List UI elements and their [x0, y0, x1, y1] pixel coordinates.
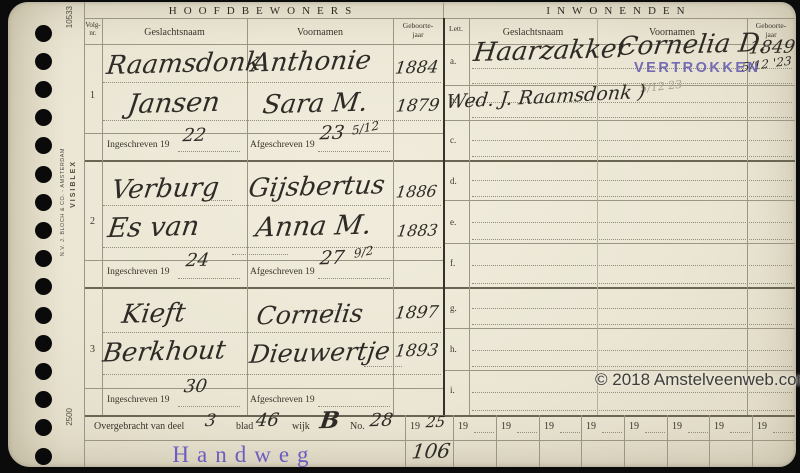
grid-line [453, 415, 454, 467]
hw-surname: Verburg [110, 175, 221, 204]
grid-line [405, 415, 406, 467]
label-afgeschreven: Afgeschreven 19 [250, 395, 315, 406]
punch-hole [35, 391, 52, 408]
punch-hole [35, 25, 52, 42]
label-wijk: wijk [292, 421, 310, 433]
col-header-birthyear-left: Geboorte- jaar [393, 22, 443, 39]
hw-firstnames: Anna M. [254, 211, 373, 241]
spine-brand-sub: N.V. J. BLOCH & CO. - AMSTERDAM [61, 148, 67, 256]
writing-line [474, 432, 494, 433]
grid-line [84, 2, 85, 467]
punch-hole [35, 335, 52, 352]
grid-line [469, 18, 470, 415]
punch-hole [35, 222, 52, 239]
writing-line [560, 432, 580, 433]
grid-line [752, 415, 753, 467]
label-ingeschreven: Ingeschreven 19 [107, 140, 170, 151]
writing-line [178, 278, 240, 279]
label-blad: blad [236, 421, 253, 433]
writing-line [178, 406, 240, 407]
punch-hole [35, 53, 52, 70]
writing-line [602, 432, 622, 433]
hw-birthyear: 1884 [394, 59, 440, 77]
scanned-register-card-photo: { "spine": { "top_number": "10533", "bra… [0, 0, 800, 473]
hw-year-value: 25 [425, 415, 446, 430]
row-letter-d: d. [450, 176, 457, 186]
label-overgebracht: Overgebracht van deel [94, 421, 184, 433]
label-no: No. [350, 421, 365, 433]
grid-line [84, 160, 795, 162]
hw-birthyear: 1886 [395, 183, 438, 200]
hw-wijk: B [318, 409, 341, 433]
col-header-firstnames-left: Voornamen [247, 27, 393, 39]
hw-blad: 46 [255, 412, 280, 431]
grid-line [84, 260, 443, 261]
punch-hole [35, 448, 52, 465]
writing-line [178, 151, 240, 152]
volgnr-3: 3 [85, 344, 100, 356]
hw-birthyear: 1883 [396, 222, 439, 239]
hw-afgeschreven-year: 27 [319, 249, 346, 269]
row-letter-f: f. [450, 258, 455, 268]
hw-deel: 3 [204, 413, 217, 430]
label-ingeschreven: Ingeschreven 19 [107, 395, 170, 406]
hw-firstnames: Sara M. [261, 90, 369, 119]
hw-birthyear: 1879 [395, 97, 441, 115]
writing-line [773, 432, 793, 433]
writing-line [472, 140, 792, 141]
vertrokken-stamp: VERTROKKEN [634, 60, 761, 76]
row-letter-h: h. [450, 344, 457, 354]
writing-line [472, 117, 792, 118]
col-header-surname-left: Geslachtsnaam [102, 27, 247, 39]
section-title-hoofdbewoners: HOOFDBEWONERS [84, 5, 443, 18]
hw-surname: Raamsdonk [105, 49, 263, 79]
writing-line [472, 392, 792, 393]
year-cell-label: 19 [672, 421, 682, 433]
row-letter-c: c. [450, 135, 456, 145]
writing-line [645, 432, 665, 433]
writing-line [103, 247, 441, 248]
hw-firstnames: Cornelis [255, 301, 365, 329]
hw-surname: Haarzakker [472, 36, 631, 66]
year-cell-label: 19 [544, 421, 554, 433]
year-cell-label: 19 [410, 421, 420, 433]
writing-line [472, 222, 792, 223]
section-title-inwonenden: INWONENDEN [443, 5, 795, 18]
hw-firstnames: Anthonie [250, 47, 373, 76]
grid-line [443, 328, 795, 329]
hw-surname: Berkhout [101, 337, 227, 366]
grid-line [581, 415, 582, 467]
hw-ingeschreven-year: 22 [182, 127, 207, 146]
grid-line [247, 18, 248, 415]
hw-surname: Jansen [126, 89, 221, 118]
row-letter-a: a. [450, 56, 456, 66]
hw-birthyear: 1893 [394, 342, 440, 360]
writing-line [688, 432, 708, 433]
writing-line [232, 254, 288, 255]
grid-line [443, 243, 795, 244]
street-name-stamp: Handweg [84, 442, 405, 468]
writing-line [472, 410, 792, 411]
year-cell-label: 19 [629, 421, 639, 433]
writing-line [318, 151, 390, 152]
writing-line [472, 308, 792, 309]
punch-hole [35, 363, 52, 380]
punch-hole [35, 81, 52, 98]
col-header-volgnr: Volg- nr. [84, 21, 102, 37]
spine-brand: VISIBLEX [70, 160, 77, 208]
spine-serial-bottom: 2500 [66, 408, 74, 426]
hw-house-number: 106 [411, 441, 452, 462]
hw-surname: Es van [106, 213, 201, 242]
writing-line [103, 374, 441, 375]
grid-line [84, 18, 795, 19]
writing-line [472, 350, 792, 351]
label-afgeschreven: Afgeschreven 19 [250, 140, 315, 151]
writing-line [730, 432, 750, 433]
row-letter-e: e. [450, 217, 456, 227]
volgnr-1: 1 [85, 90, 100, 102]
grid-line [443, 120, 795, 121]
punch-hole [35, 307, 52, 324]
grid-line [443, 18, 445, 415]
punch-hole [35, 250, 52, 267]
grid-line [624, 415, 625, 467]
row-letter-i: i. [450, 385, 455, 395]
hw-afgeschreven-year: 23 [319, 124, 346, 144]
writing-line [318, 278, 390, 279]
grid-line [443, 200, 795, 201]
writing-line [472, 283, 792, 284]
hw-no: 28 [369, 412, 394, 431]
grid-line [84, 388, 443, 389]
grid-line [597, 18, 598, 415]
writing-line [103, 332, 441, 333]
copyright-watermark: © 2018 Amstelveenweb.com [595, 370, 800, 390]
grid-line [84, 133, 443, 134]
col-header-lett: Lett. [443, 25, 469, 34]
row-letter-g: g. [450, 303, 457, 313]
hw-ingeschreven-year: 30 [183, 378, 208, 397]
year-cell-label: 19 [757, 421, 767, 433]
writing-line [472, 239, 792, 240]
grid-line [747, 18, 748, 415]
grid-line [667, 415, 668, 467]
year-cell-label: 19 [714, 421, 724, 433]
writing-line [517, 432, 537, 433]
punch-hole [35, 166, 52, 183]
hw-ingeschreven-year: 24 [185, 252, 210, 271]
hw-birthyear: 1897 [394, 304, 440, 322]
hw-firstnames: Gijsbertus [247, 172, 386, 202]
writing-line [103, 120, 441, 121]
hw-firstnames: Dieuwertje [248, 338, 392, 367]
writing-line [472, 324, 792, 325]
punch-hole [35, 109, 52, 126]
hw-firstnames: Cornelia D. [616, 30, 769, 60]
grid-line [496, 415, 497, 467]
punch-hole [35, 194, 52, 211]
volgnr-2: 2 [85, 216, 100, 228]
spine-serial-top: 10533 [66, 6, 74, 28]
grid-line [709, 415, 710, 467]
writing-line [103, 82, 441, 83]
hw-surname: Kieft [120, 300, 187, 328]
writing-line [472, 265, 792, 266]
grid-line [84, 287, 795, 289]
year-cell-label: 19 [501, 421, 511, 433]
writing-line [472, 180, 792, 181]
label-afgeschreven: Afgeschreven 19 [250, 267, 315, 278]
grid-line [539, 415, 540, 467]
year-cell-label: 19 [458, 421, 468, 433]
writing-line [472, 156, 792, 157]
writing-line [472, 196, 792, 197]
writing-line [472, 366, 792, 367]
writing-line [103, 205, 441, 206]
writing-line [364, 366, 402, 367]
label-ingeschreven: Ingeschreven 19 [107, 267, 170, 278]
year-cell-label: 19 [586, 421, 596, 433]
